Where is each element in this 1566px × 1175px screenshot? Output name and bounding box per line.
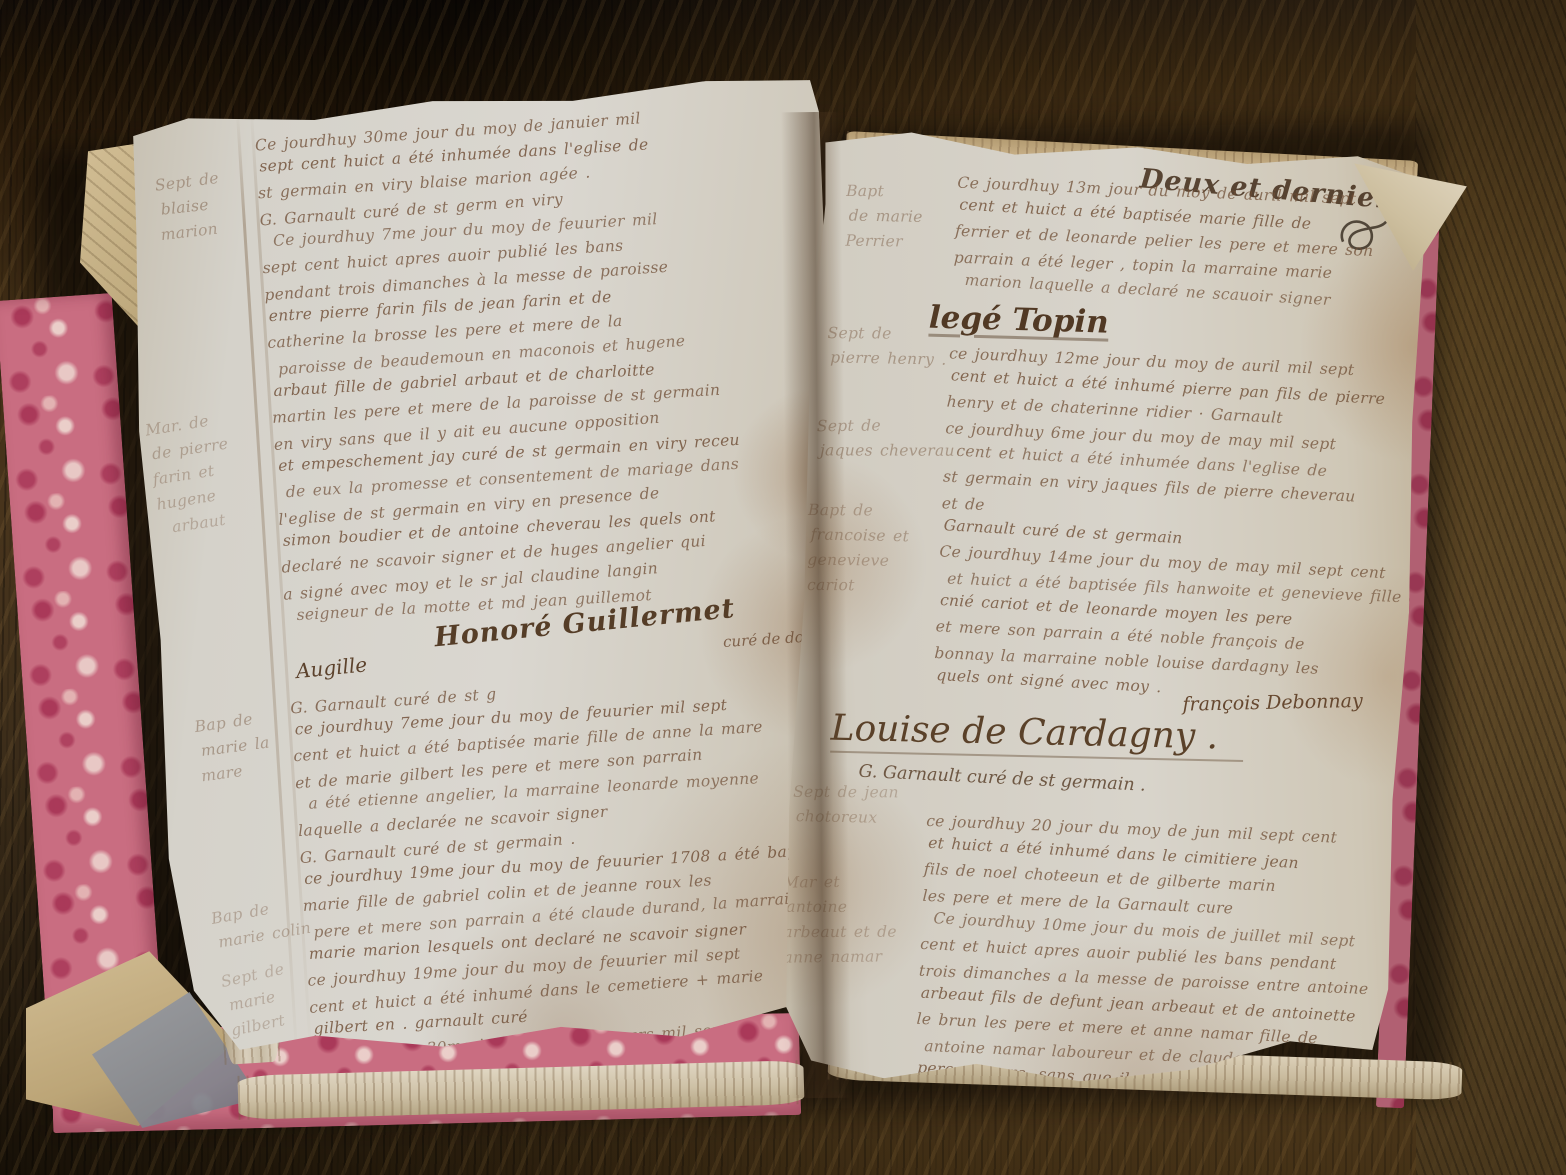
handwritten-line: Sept de jean [793,780,899,806]
entry-block-2: ce jourdhuy 12me jour du moy de auril mi… [933,340,1408,712]
left-page: Sept deblaisemarion Mar. dede pierrefari… [118,74,876,1068]
margin-note: Baptde mariePerrier [845,179,920,255]
entries-upper: Ce jourdhuy 30me jour du moy de januier … [254,97,832,630]
margin-note: Mar etantoinearbeaut et deanne namar [783,870,897,970]
left-page-text: Ce jourdhuy 30me jour du moy de januier … [254,97,863,1118]
margin-note: Mar. dede pierrefarin ethugenearbaut [144,407,239,542]
margin-note: Sept dejaques cheverau [817,413,952,463]
margin-note: Sept depierre henry . [827,321,944,373]
handwritten-line: Sept de [828,321,944,347]
signature-row: françois Debonnay Louise de Cardagny . G… [927,689,1390,829]
handwritten-line: chotoreux [796,804,902,831]
handwritten-line: de marie [848,203,922,229]
handwritten-line: antoine [786,895,900,920]
margin-note: Bapt defrancoise etgenevievecariot [807,498,907,599]
handwritten-line: Bapt de [808,498,907,524]
handwritten-line: pierre henry . [830,345,947,372]
entry-block-1: Ce jourdhuy 13m jour du moy de auril mil… [952,169,1416,316]
handwritten-line: Bapt [846,179,920,204]
right-page: Deux et dernier 90 Baptde mariePerrier S… [774,128,1431,1103]
handwritten-line: cariot [807,573,906,599]
photo-scene: Sept deblaisemarion Mar. dede pierrefari… [0,0,1566,1175]
handwritten-line: genevieve [807,548,906,574]
handwritten-line: anne namar [783,944,897,970]
handwritten-line: francoise et [810,522,909,549]
signature-debonnay: françois Debonnay [1182,690,1363,716]
signature-garnault: G. Garnault curé de st germain . [858,762,1146,796]
margin-note: Bap demarie lamare [193,706,271,789]
margin-note: Sept deblaisemarion [154,166,226,248]
handwritten-line: Sept de [817,413,952,440]
handwritten-line: arbeaut et de [783,920,897,945]
handwritten-line: Mar et [783,869,897,895]
handwritten-line: jaques cheverau [820,438,955,463]
margin-note: Sept demariegilbert [219,957,297,1043]
margin-note: Bap demarie colin [209,891,310,956]
signature-cardagny: Louise de Cardagny . [830,708,1244,762]
right-page-text: Ce jourdhuy 13m jour du moy de auril mil… [911,169,1416,1154]
signature-augille: Augille [295,652,368,683]
handwritten-line: Perrier [845,229,919,255]
margin-note: Sept de jeanchotoreux [793,779,899,830]
